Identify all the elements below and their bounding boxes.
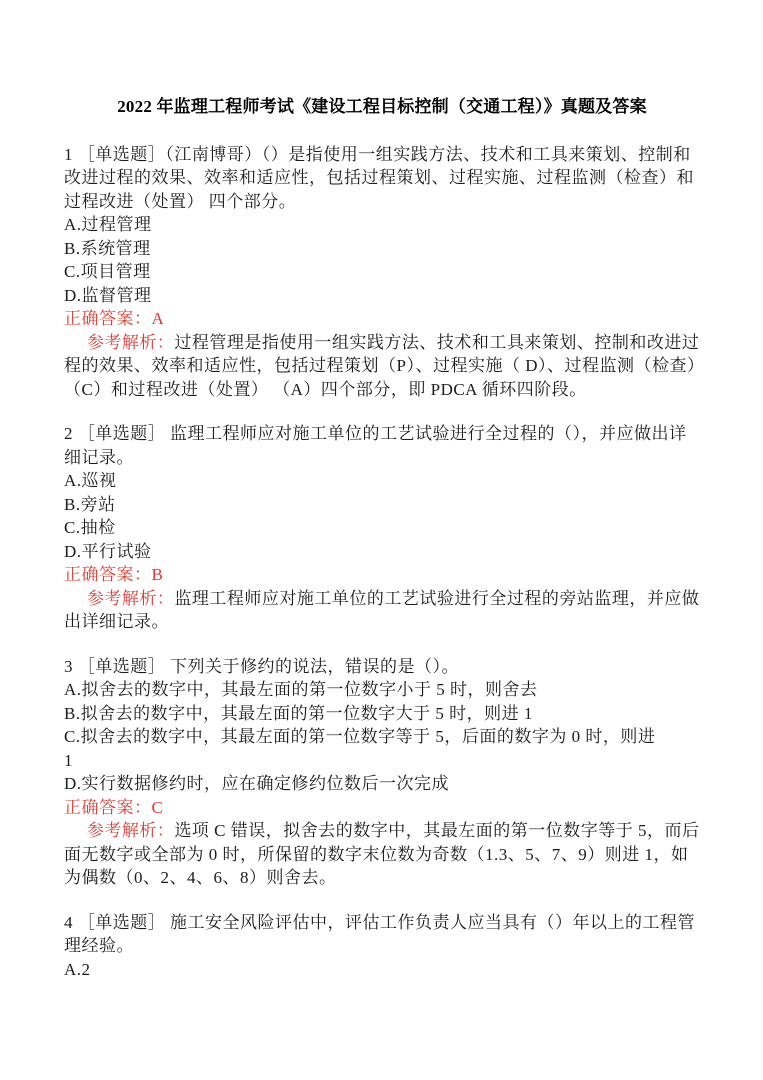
- analysis-paragraph: 参考解析：监理工程师应对施工单位的工艺试验进行全过程的旁站监理，并应做出详细记录…: [64, 587, 700, 634]
- question-number: 4: [64, 913, 73, 932]
- option-item-a: A.过程管理: [64, 213, 700, 237]
- option-item-d: D.平行试验: [64, 540, 700, 564]
- question-stem: 1 ［单选题］（江南博哥）（）是指使用一组实践方法、技术和工具来策划、控制和改进…: [64, 143, 700, 214]
- document-page: 2022 年监理工程师考试《建设工程目标控制（交通工程）》真题及答案 1 ［单选…: [0, 0, 763, 1080]
- option-item-b: B.系统管理: [64, 237, 700, 261]
- option-item-a: A.拟舍去的数字中，其最左面的第一位数字小于 5 时，则舍去: [64, 678, 700, 702]
- answer-label: 正确答案：: [64, 309, 152, 328]
- option-item-c: C.抽检: [64, 516, 700, 540]
- option-item-b: B.拟舍去的数字中，其最左面的第一位数字大于 5 时，则进 1: [64, 702, 700, 726]
- question-stem: 3 ［单选题］ 下列关于修约的说法，错误的是（）。: [64, 655, 700, 679]
- answer-label: 正确答案：: [64, 798, 152, 817]
- correct-answer-line: 正确答案：C: [64, 796, 700, 820]
- question-type-tag: ［单选题］: [78, 424, 166, 443]
- question-type-tag: ［单选题］: [78, 145, 166, 164]
- option-item-a: A.2: [64, 958, 700, 982]
- question-block-4: 4 ［单选题］ 施工安全风险评估中，评估工作负责人应当具有（）年以上的工程管理经…: [64, 911, 700, 982]
- option-item-c: C.项目管理: [64, 260, 700, 284]
- answer-label: 正确答案：: [64, 565, 152, 584]
- analysis-paragraph: 参考解析：选项 C 错误，拟舍去的数字中，其最左面的第一位数字等于 5，而后面无…: [64, 819, 700, 890]
- analysis-label: 参考解析：: [87, 821, 175, 840]
- option-item-d: D.监督管理: [64, 284, 700, 308]
- analysis-label: 参考解析：: [87, 589, 175, 608]
- answer-value: B: [152, 565, 164, 584]
- analysis-label: 参考解析：: [87, 333, 175, 352]
- correct-answer-line: 正确答案：B: [64, 563, 700, 587]
- page-title: 2022 年监理工程师考试《建设工程目标控制（交通工程）》真题及答案: [64, 95, 700, 119]
- analysis-paragraph: 参考解析：过程管理是指使用一组实践方法、技术和工具来策划、控制和改进过程的效果、…: [64, 331, 700, 402]
- question-number: 2: [64, 424, 73, 443]
- answer-value: C: [152, 798, 164, 817]
- question-stem: 2 ［单选题］ 监理工程师应对施工单位的工艺试验进行全过程的（），并应做出详细记…: [64, 422, 700, 469]
- option-item-b: B.旁站: [64, 493, 700, 517]
- answer-value: A: [152, 309, 165, 328]
- option-item-c: C.拟舍去的数字中，其最左面的第一位数字等于 5，后面的数字为 0 时，则进 1: [64, 725, 700, 772]
- correct-answer-line: 正确答案：A: [64, 307, 700, 331]
- option-item-a: A.巡视: [64, 469, 700, 493]
- question-block-1: 1 ［单选题］（江南博哥）（）是指使用一组实践方法、技术和工具来策划、控制和改进…: [64, 143, 700, 402]
- question-type-tag: ［单选题］: [78, 657, 166, 676]
- question-stem: 4 ［单选题］ 施工安全风险评估中，评估工作负责人应当具有（）年以上的工程管理经…: [64, 911, 700, 958]
- question-stem-text: 下列关于修约的说法，错误的是（）。: [165, 657, 459, 676]
- option-item-d: D.实行数据修约时，应在确定修约位数后一次完成: [64, 772, 700, 796]
- question-block-2: 2 ［单选题］ 监理工程师应对施工单位的工艺试验进行全过程的（），并应做出详细记…: [64, 422, 700, 634]
- question-type-tag: ［单选题］: [78, 913, 166, 932]
- question-block-3: 3 ［单选题］ 下列关于修约的说法，错误的是（）。 A.拟舍去的数字中，其最左面…: [64, 655, 700, 890]
- question-number: 1: [64, 145, 73, 164]
- question-number: 3: [64, 657, 73, 676]
